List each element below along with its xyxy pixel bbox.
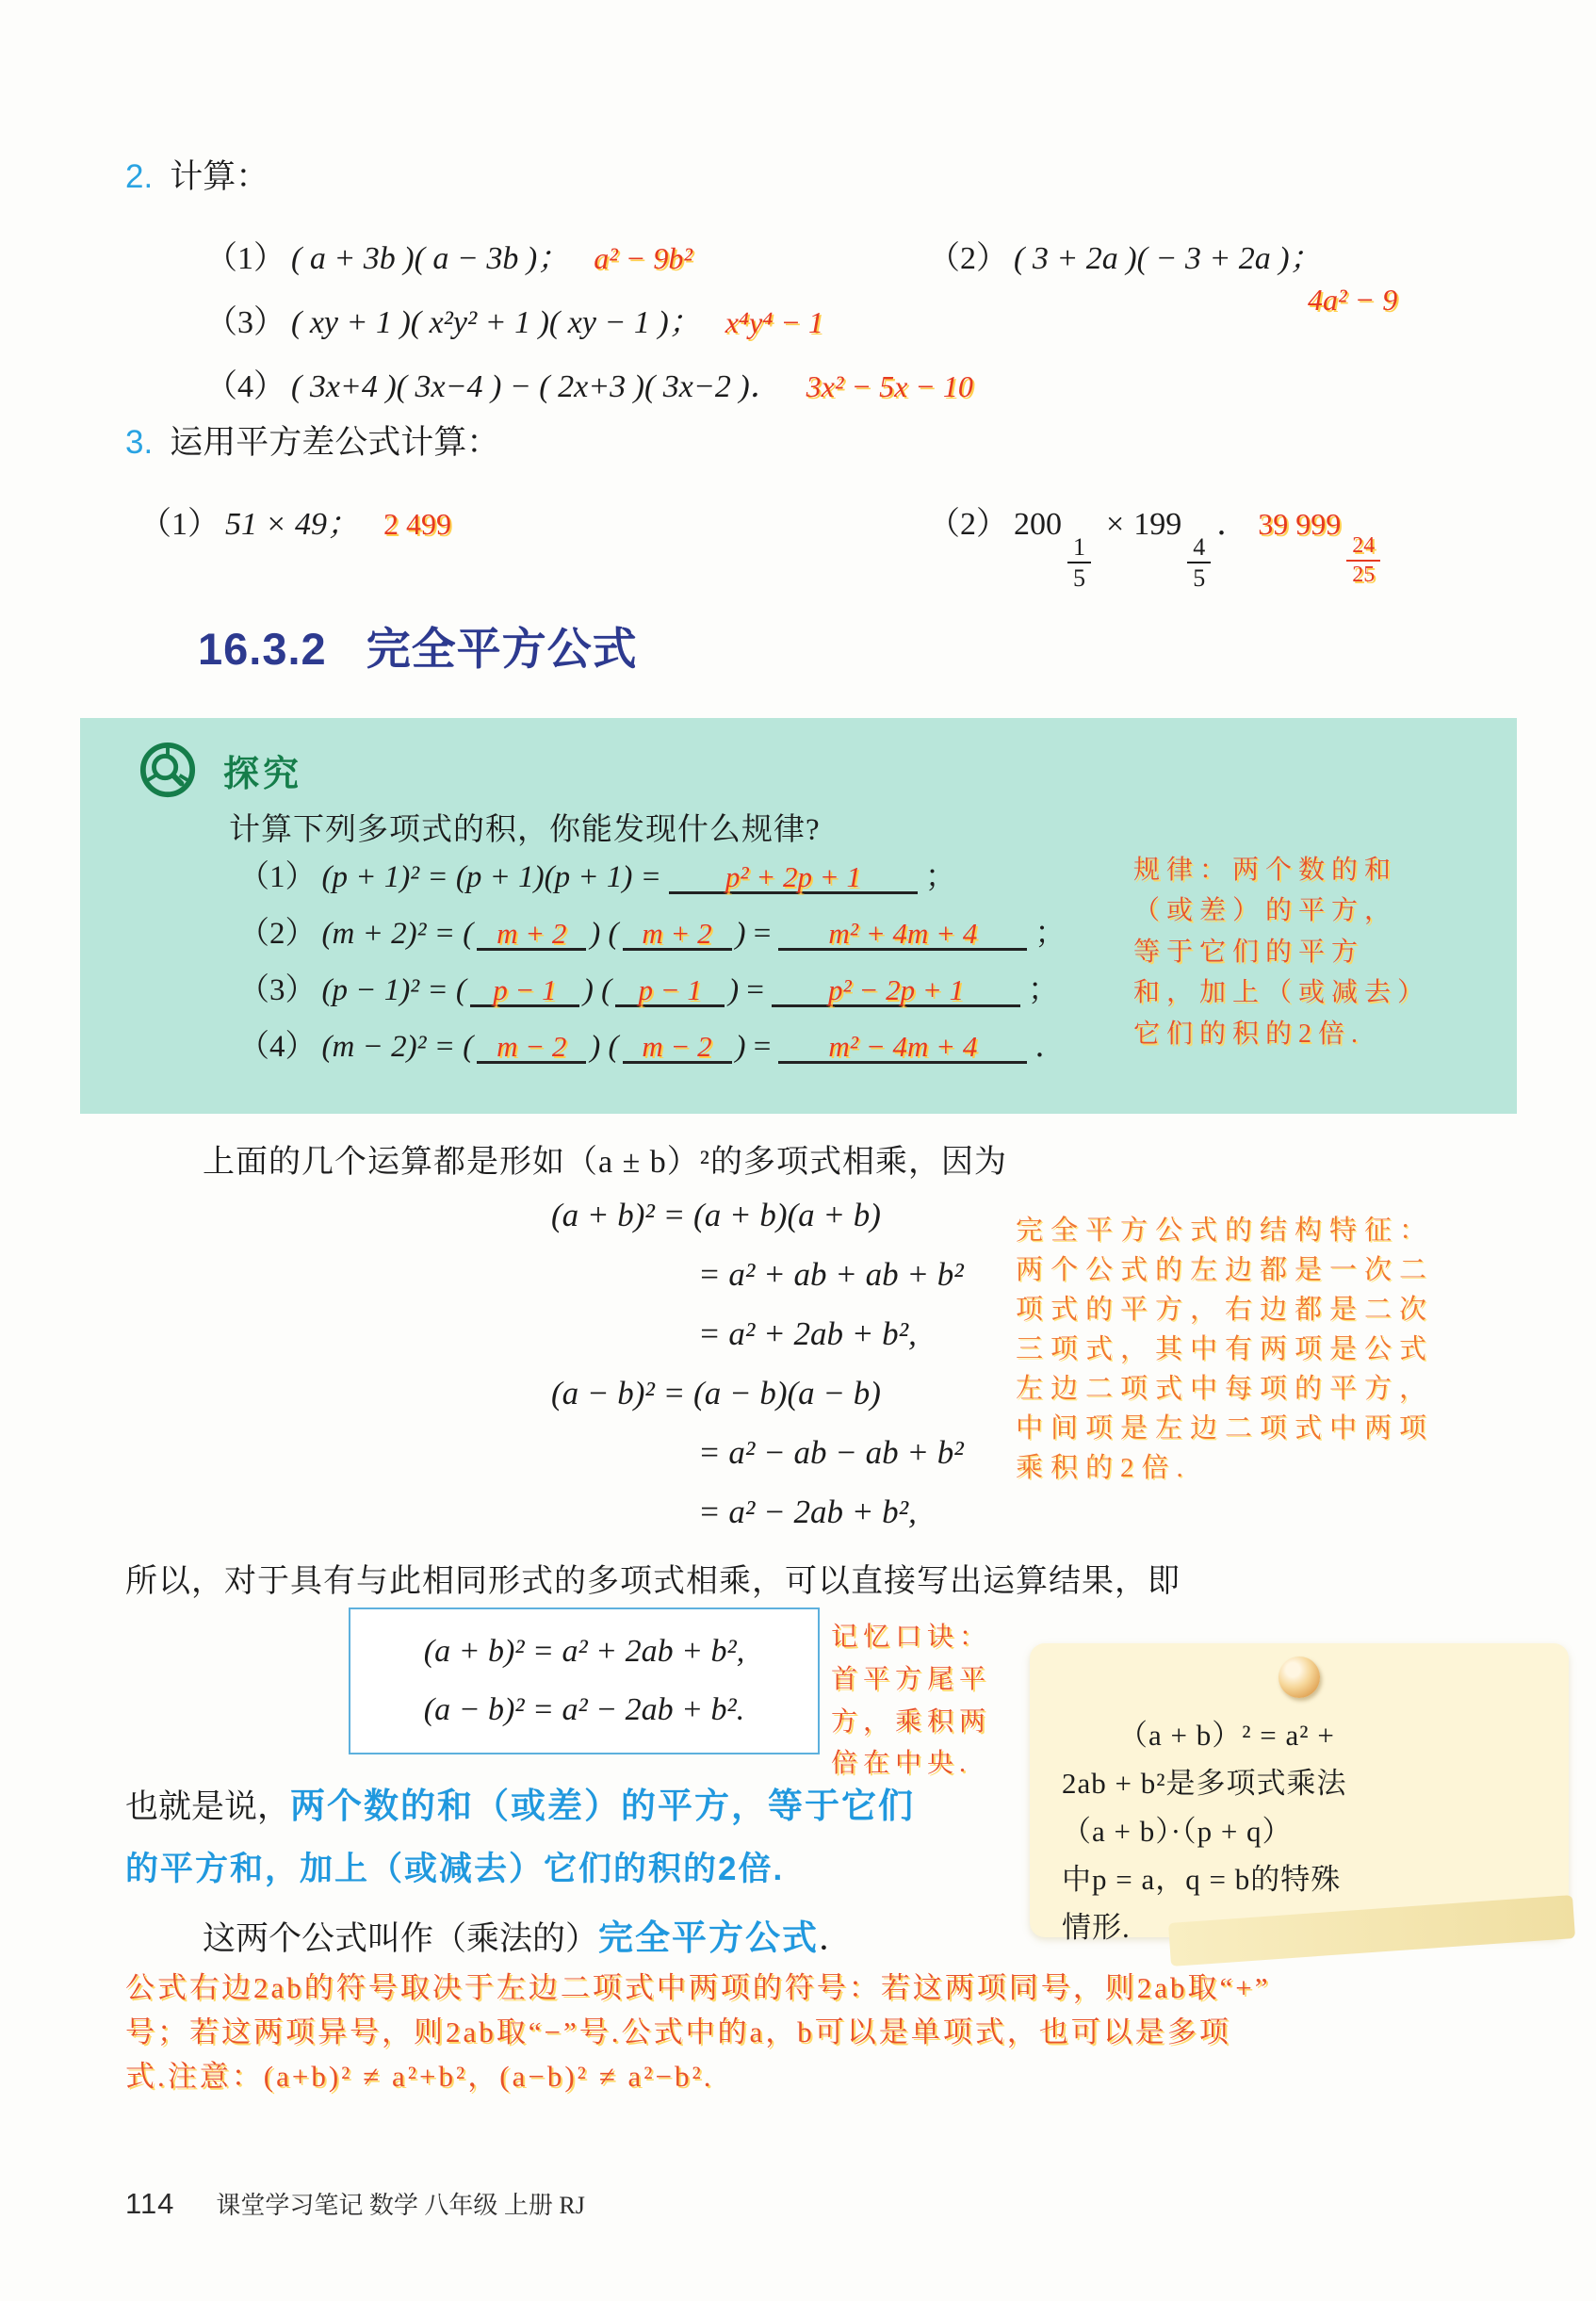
section-number: 16.3.2 <box>198 624 327 674</box>
handwritten-factor: m + 2 <box>497 917 566 950</box>
equation-lhs: (m + 2)² = <box>322 917 456 951</box>
item-label: （4） <box>205 369 285 404</box>
note-line: 乘积的2倍. <box>1016 1448 1581 1488</box>
item-expression: ( xy + 1 )( x²y² + 1 )( xy − 1 )； <box>291 305 701 340</box>
page-footer: 114课堂学习笔记 数学 八年级 上册 RJ <box>125 2186 585 2221</box>
handwritten-answer: 4a² − 9 <box>1308 283 1397 318</box>
sticky-note: （a + b）² = a² + 2ab + b²是多项式乘法 （a + b）·（… <box>1030 1643 1569 1937</box>
handwritten-factor: p − 1 <box>638 973 701 1006</box>
derivation-line: = a² − ab − ab + b² <box>551 1423 964 1482</box>
handwritten-answer: 2 499 <box>383 507 451 541</box>
handwritten-answer: 3x² − 5x − 10 <box>806 369 973 403</box>
handwritten-answer: x⁴y⁴ − 1 <box>725 305 823 339</box>
derivation-line: (a − b)² = (a − b)(a − b) <box>551 1363 964 1423</box>
item-expression: ( 3 + 2a )( − 3 + 2a )； <box>1014 241 1322 276</box>
note-line: 三项式，其中有两项是公式 <box>1016 1330 1581 1369</box>
paren-open: ( <box>463 1030 473 1064</box>
explore-equation-4: （4）(m − 2)² = (m − 2) (m − 2) =m² − 4m +… <box>238 1021 1066 1066</box>
answer-blank: p² + 2p + 1 <box>669 860 918 894</box>
note-line: （或差）的平方， <box>1133 890 1491 931</box>
equation-lhs: (m − 2)² = <box>322 1030 456 1064</box>
handwritten-rule-note: 规律：两个数的和 （或差）的平方， 等于它们的平方 和，加上（或减去） 它们的积… <box>1133 850 1491 1054</box>
handwritten-factor: p − 1 <box>493 973 556 1006</box>
equation-lhs: (p + 1)² = (p + 1)(p + 1) = <box>322 860 661 894</box>
derivation-line: (a + b)² = (a + b)(a + b) <box>551 1185 964 1245</box>
section-title: 完全平方公式 <box>366 624 638 674</box>
factor-blank: m − 2 <box>477 1030 586 1064</box>
factor-blank: p − 1 <box>615 973 725 1007</box>
times-sign: × <box>1106 507 1124 542</box>
mixed-number-whole: 199 <box>1133 507 1181 542</box>
item-label: （3） <box>205 305 285 340</box>
equals-sign: = <box>754 1030 772 1064</box>
fraction: 45 <box>1187 534 1211 592</box>
paren-open: ( <box>609 917 619 951</box>
note-line: 中间项是左边二项式中两项 <box>1016 1409 1581 1448</box>
note-line: 中p = a，q = b的特殊 <box>1062 1855 1542 1903</box>
handwritten-factor: m − 2 <box>497 1030 566 1063</box>
equation-label: （2） <box>238 917 317 951</box>
fraction-denominator: 5 <box>1073 563 1085 592</box>
paren-close: ) <box>590 917 600 951</box>
handwritten-bottom-note: 公式右边2ab的符号取决于左边二项式中两项的符号：若这两项同号，则2ab取“+”… <box>125 1966 1271 2098</box>
handwritten-result: m² − 4m + 4 <box>828 1030 977 1063</box>
answer-blank: p² − 2p + 1 <box>772 973 1020 1007</box>
pushpin-icon <box>1278 1656 1320 1698</box>
fraction-numerator: 4 <box>1187 534 1211 563</box>
note-line: 项式的平方，右边都是二次 <box>1016 1290 1581 1330</box>
formula-box: (a + b)² = a² + 2ab + b², (a − b)² = a² … <box>349 1607 820 1754</box>
note-line: 2ab + b²是多项式乘法 <box>1062 1759 1542 1807</box>
punctuation: ； <box>1028 973 1059 1007</box>
explore-badge-icon <box>138 741 197 799</box>
derivation-block: (a + b)² = (a + b)(a + b) = a² + ab + ab… <box>551 1185 964 1542</box>
punctuation: ； <box>1034 917 1066 951</box>
problem-3-heading: 3.运用平方差公式计算： <box>125 416 499 464</box>
problem-3-item-1: （1）51 × 49；2 499 <box>139 498 451 544</box>
problem-2-item-2: （2）( 3 + 2a )( − 3 + 2a )； <box>928 232 1322 278</box>
problem-3-item-2: （2）20015×19945．39 9992425 <box>928 498 1386 592</box>
paren-close: ) <box>590 1030 600 1064</box>
term-highlight: 完全平方公式 <box>598 1918 819 1957</box>
statement-line-1: 也就是说，两个数的和（或差）的平方，等于它们 <box>125 1777 915 1828</box>
item-expression: ( a + 3b )( a − 3b )； <box>291 241 569 276</box>
problem-2-title: 计算： <box>170 158 269 195</box>
statement-line-2: 的平方和，加上（或减去）它们的积的2倍. <box>125 1843 784 1890</box>
factor-blank: m + 2 <box>477 917 586 951</box>
explore-equation-1: （1）(p + 1)² = (p + 1)(p + 1) =p² + 2p + … <box>238 852 956 896</box>
fraction-denominator: 5 <box>1193 563 1205 592</box>
equation-label: （4） <box>238 1030 317 1064</box>
factor-blank: m + 2 <box>623 917 732 951</box>
equals-sign: = <box>746 973 764 1007</box>
answer-blank: m² − 4m + 4 <box>778 1030 1027 1064</box>
note-line: 两个公式的左边都是一次二 <box>1016 1250 1581 1290</box>
fraction-denominator: 25 <box>1352 562 1375 588</box>
problem-2-heading: 2.计算： <box>125 151 269 198</box>
statement-prefix: 也就是说， <box>125 1788 290 1825</box>
note-line: 记忆口诀： <box>831 1617 1048 1659</box>
sticky-note-text: （a + b）² = a² + 2ab + b²是多项式乘法 （a + b）·（… <box>1062 1711 1542 1951</box>
fraction: 15 <box>1067 534 1091 592</box>
paren-open: ( <box>609 1030 619 1064</box>
note-line: 等于它们的平方 <box>1133 932 1491 972</box>
period: ． <box>819 1920 852 1957</box>
factor-blank: p − 1 <box>470 973 579 1007</box>
item-label: （2） <box>928 507 1008 542</box>
footer-text: 课堂学习笔记 数学 八年级 上册 RJ <box>216 2192 584 2219</box>
note-line: 完全平方公式的结构特征： <box>1016 1211 1581 1250</box>
period: ． <box>1216 507 1248 542</box>
section-header: 16.3.2完全平方公式 <box>198 614 638 677</box>
problem-3-title: 运用平方差公式计算： <box>170 424 499 461</box>
derivation-line: = a² − 2ab + b², <box>551 1482 964 1542</box>
mixed-number-whole: 200 <box>1014 507 1062 542</box>
answer-blank: m² + 4m + 4 <box>778 917 1027 951</box>
intro-paragraph: 上面的几个运算都是形如（a ± b）²的多项式相乘，因为 <box>203 1135 1007 1182</box>
equation-lhs: (p − 1)² = <box>322 973 448 1007</box>
paren-open: ( <box>463 917 473 951</box>
answer-fraction: 2425 <box>1346 534 1380 588</box>
paren-open: ( <box>601 973 611 1007</box>
conclusion-paragraph: 所以，对于具有与此相同形式的多项式相乘，可以直接写出运算结果，即 <box>125 1555 1181 1601</box>
answer-whole: 39 999 <box>1258 507 1341 541</box>
equals-sign: = <box>754 917 772 951</box>
item-label: （2） <box>928 241 1008 276</box>
page-number: 114 <box>125 2187 174 2220</box>
statement-line-3: 这两个公式叫作（乘法的）完全平方公式． <box>203 1909 852 1960</box>
paren-close: ) <box>583 973 594 1007</box>
item-expression: 51 × 49； <box>225 507 359 542</box>
handwritten-factor: m + 2 <box>642 917 711 950</box>
handwritten-mnemonic-note: 记忆口诀： 首平方尾平 方，乘积两 倍在中央. <box>831 1617 1048 1786</box>
formula-line: (a + b)² = a² + 2ab + b², <box>424 1623 745 1681</box>
fraction-numerator: 1 <box>1067 534 1091 563</box>
derivation-line: = a² + 2ab + b², <box>551 1304 964 1363</box>
statement-highlight: 两个数的和（或差）的平方，等于它们 <box>290 1787 915 1825</box>
note-line: 首平方尾平 <box>831 1659 1048 1702</box>
statement-prefix: 这两个公式叫作（乘法的） <box>203 1920 598 1957</box>
paren-open: ( <box>456 973 466 1007</box>
equation-label: （1） <box>238 860 317 894</box>
textbook-page: 2.计算： （1）( a + 3b )( a − 3b )；a² − 9b² （… <box>0 0 1596 2301</box>
handwritten-structure-note: 完全平方公式的结构特征： 两个公式的左边都是一次二 项式的平方，右边都是二次 三… <box>1016 1211 1581 1488</box>
fraction-numerator: 24 <box>1346 534 1380 562</box>
problem-2-item-4: （4）( 3x+4 )( 3x−4 ) − ( 2x+3 )( 3x−2 )．3… <box>205 360 973 406</box>
formula-line: (a − b)² = a² − 2ab + b². <box>424 1681 745 1739</box>
punctuation: ． <box>1034 1030 1066 1064</box>
problem-3-number: 3. <box>125 424 153 461</box>
note-line: 公式右边2ab的符号取决于左边二项式中两项的符号：若这两项同号，则2ab取“+” <box>125 1966 1271 2010</box>
punctuation: ； <box>925 860 956 894</box>
problem-2-item-1: （1）( a + 3b )( a − 3b )；a² − 9b² <box>205 232 692 278</box>
paren-close: ) <box>736 1030 746 1064</box>
note-line: （a + b）·（p + q） <box>1062 1807 1542 1855</box>
note-line: 和，加上（或减去） <box>1133 972 1491 1013</box>
explore-equation-3: （3）(p − 1)² = (p − 1) (p − 1) =p² − 2p +… <box>238 965 1059 1009</box>
item-label: （1） <box>139 507 220 542</box>
problem-2-number: 2. <box>125 158 153 195</box>
handwritten-answer: a² − 9b² <box>594 241 692 275</box>
item-label: （1） <box>205 241 285 276</box>
note-line: 左边二项式中每项的平方， <box>1016 1369 1581 1409</box>
handwritten-result: p² + 2p + 1 <box>725 860 861 893</box>
handwritten-result: p² − 2p + 1 <box>828 973 964 1006</box>
explore-box: 探究 计算下列多项式的积，你能发现什么规律? （1）(p + 1)² = (p … <box>80 718 1517 1114</box>
explore-prompt: 计算下列多项式的积，你能发现什么规律? <box>229 805 821 849</box>
note-line: 情形. <box>1062 1903 1542 1951</box>
handwritten-answer: 39 9992425 <box>1258 507 1386 541</box>
note-line: 方，乘积两 <box>831 1702 1048 1744</box>
note-line: 规律：两个数的和 <box>1133 850 1491 890</box>
item-expression: ( 3x+4 )( 3x−4 ) − ( 2x+3 )( 3x−2 )． <box>291 369 782 404</box>
handwritten-factor: m − 2 <box>642 1030 711 1063</box>
note-line: 它们的积的2倍. <box>1133 1014 1491 1054</box>
derivation-line: = a² + ab + ab + b² <box>551 1245 964 1304</box>
problem-2-item-3: （3）( xy + 1 )( x²y² + 1 )( xy − 1 )；x⁴y⁴… <box>205 296 823 342</box>
equation-label: （3） <box>238 973 317 1007</box>
note-line: （a + b）² = a² + <box>1062 1711 1542 1759</box>
factor-blank: m − 2 <box>623 1030 732 1064</box>
note-line: 号；若这两项异号，则2ab取“−”号.公式中的a，b可以是单项式，也可以是多项 <box>125 2010 1271 2054</box>
paren-close: ) <box>728 973 739 1007</box>
paren-close: ) <box>736 917 746 951</box>
note-line: 式.注意：(a+b)² ≠ a²+b²，(a−b)² ≠ a²−b². <box>125 2054 1271 2098</box>
handwritten-result: m² + 4m + 4 <box>828 917 977 950</box>
explore-equation-2: （2）(m + 2)² = (m + 2) (m + 2) =m² + 4m +… <box>238 908 1066 953</box>
explore-heading: 探究 <box>223 744 302 796</box>
